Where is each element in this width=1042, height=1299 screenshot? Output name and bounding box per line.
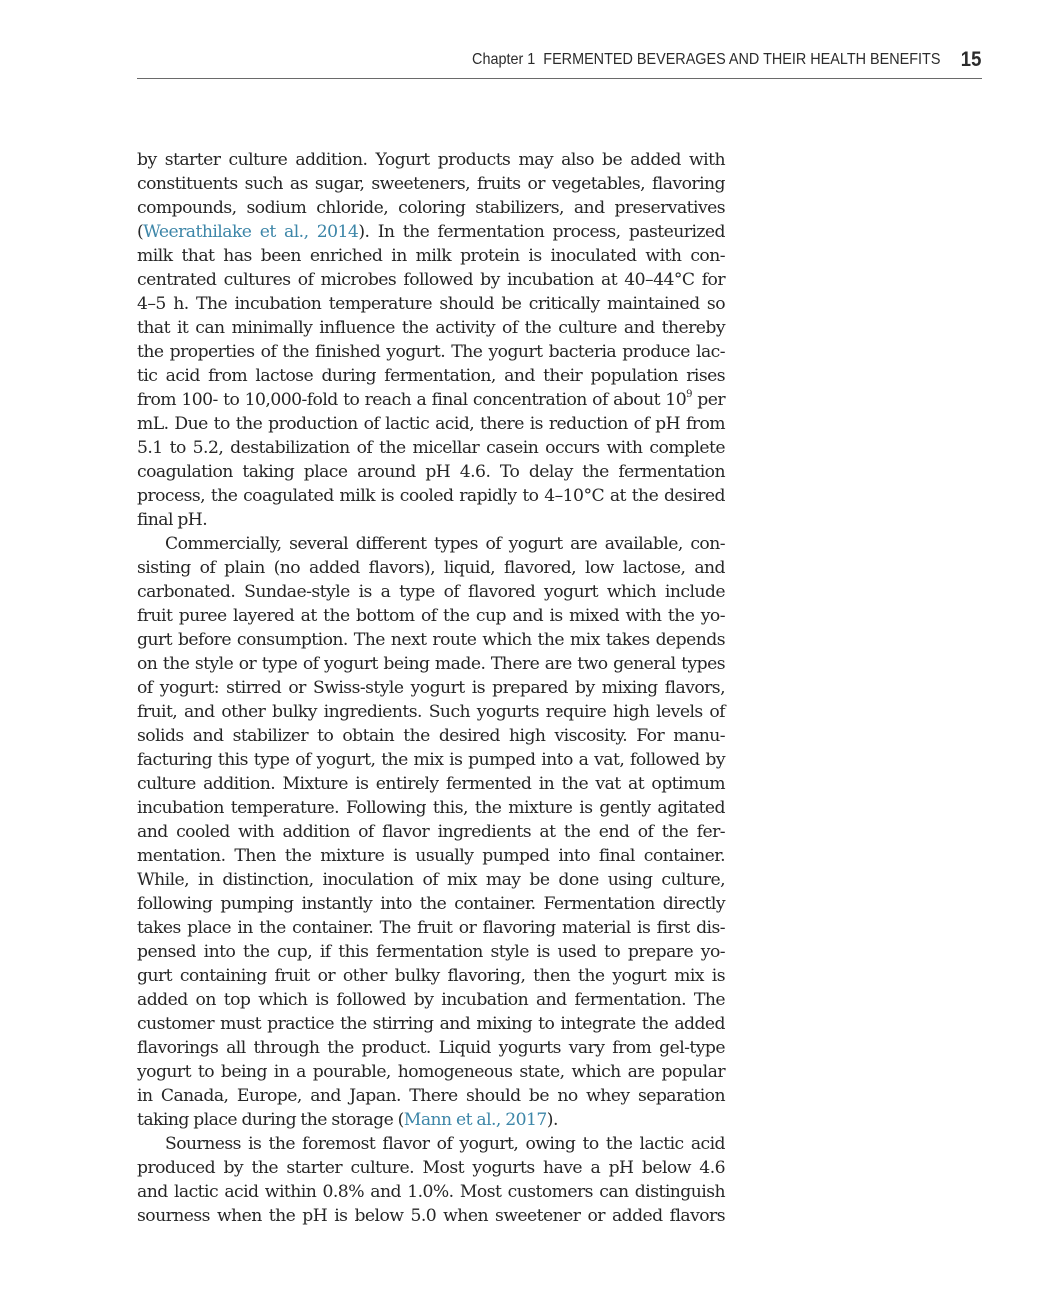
text-run: ). In the fermentation process, pasteuri… — [358, 222, 725, 242]
text-run: gurt before consumption. The next route … — [137, 630, 725, 650]
running-head: Chapter 1 FERMENTED BEVERAGES AND THEIR … — [137, 46, 982, 79]
text-run: mentation. Then the mixture is usually p… — [137, 846, 725, 866]
text-run: ). — [547, 1110, 558, 1130]
text-line: flavorings all through the product. Liqu… — [137, 1036, 725, 1060]
chapter-title: FERMENTED BEVERAGES AND THEIR HEALTH BEN… — [543, 51, 940, 68]
text-line: mentation. Then the mixture is usually p… — [137, 844, 725, 868]
text-line: taking place during the storage (Mann et… — [137, 1108, 725, 1132]
text-line: gurt before consumption. The next route … — [137, 628, 725, 652]
text-line: sourness when the pH is below 5.0 when s… — [137, 1204, 725, 1228]
text-run: Sourness is the foremost flavor of yogur… — [165, 1134, 725, 1154]
text-line: takes place in the container. The fruit … — [137, 916, 725, 940]
text-line: (Weerathilake et al., 2014). In the ferm… — [137, 220, 725, 244]
text-run: facturing this type of yogurt, the mix i… — [137, 750, 725, 770]
text-line: solids and stabilizer to obtain the desi… — [137, 724, 725, 748]
text-line: customer must practice the stirring and … — [137, 1012, 725, 1036]
text-line: constituents such as sugar, sweeteners, … — [137, 172, 725, 196]
text-run: fruit puree layered at the bottom of the… — [137, 606, 725, 626]
text-line: following pumping instantly into the con… — [137, 892, 725, 916]
text-run: mL. Due to the production of lactic acid… — [137, 414, 725, 434]
text-run: carbonated. Sundae-style is a type of fl… — [137, 582, 725, 602]
text-run: on the style or type of yogurt being mad… — [137, 654, 725, 674]
text-line: milk that has been enriched in milk prot… — [137, 244, 725, 268]
text-line: produced by the starter culture. Most yo… — [137, 1156, 725, 1180]
text-line: Sourness is the foremost flavor of yogur… — [137, 1132, 725, 1156]
text-run: taking place during the storage ( — [137, 1110, 404, 1130]
text-line: yogurt to being in a pourable, homogeneo… — [137, 1060, 725, 1084]
text-run: final pH. — [137, 510, 207, 530]
text-run: tic acid from lactose during fermentatio… — [137, 366, 725, 386]
text-line: pensed into the cup, if this fermentatio… — [137, 940, 725, 964]
text-line: mL. Due to the production of lactic acid… — [137, 412, 725, 436]
text-line: final pH. — [137, 508, 725, 532]
text-run: compounds, sodium chloride, coloring sta… — [137, 198, 725, 218]
text-run: that it can minimally influence the acti… — [137, 318, 725, 338]
citation-link[interactable]: Mann et al., 2017 — [404, 1110, 547, 1130]
text-line: While, in distinction, inoculation of mi… — [137, 868, 725, 892]
text-line: added on top which is followed by incuba… — [137, 988, 725, 1012]
text-run: by starter culture addition. Yogurt prod… — [137, 150, 725, 170]
paragraph: by starter culture addition. Yogurt prod… — [137, 148, 725, 532]
text-line: centrated cultures of microbes followed … — [137, 268, 725, 292]
text-line: incubation temperature. Following this, … — [137, 796, 725, 820]
text-run: centrated cultures of microbes followed … — [137, 270, 725, 290]
text-run: per — [692, 390, 725, 410]
text-run: solids and stabilizer to obtain the desi… — [137, 726, 725, 746]
text-run: fruit, and other bulky ingredients. Such… — [137, 702, 725, 722]
text-line: 5.1 to 5.2, destabilization of the micel… — [137, 436, 725, 460]
text-line: fruit, and other bulky ingredients. Such… — [137, 700, 725, 724]
text-line: tic acid from lactose during fermentatio… — [137, 364, 725, 388]
text-run: of yogurt: stirred or Swiss-style yogurt… — [137, 678, 725, 698]
text-line: in Canada, Europe, and Japan. There shou… — [137, 1084, 725, 1108]
text-line: that it can minimally influence the acti… — [137, 316, 725, 340]
text-run: constituents such as sugar, sweeteners, … — [137, 174, 725, 194]
text-run: following pumping instantly into the con… — [137, 894, 725, 914]
text-run: from 100- to 10,000-fold to reach a fina… — [137, 390, 686, 410]
running-head-title: Chapter 1 FERMENTED BEVERAGES AND THEIR … — [472, 51, 940, 69]
text-line: 4–5 h. The incubation temperature should… — [137, 292, 725, 316]
paragraph: Sourness is the foremost flavor of yogur… — [137, 1132, 725, 1228]
page-number: 15 — [960, 48, 981, 72]
text-run: sourness when the pH is below 5.0 when s… — [137, 1206, 725, 1226]
text-run: Commercially, several different types of… — [165, 534, 725, 554]
text-run: the properties of the finished yogurt. T… — [137, 342, 725, 362]
text-run: and lactic acid within 0.8% and 1.0%. Mo… — [137, 1182, 725, 1202]
text-run: flavorings all through the product. Liqu… — [137, 1038, 725, 1058]
text-run: sisting of plain (no added flavors), liq… — [137, 558, 725, 578]
text-run: customer must practice the stirring and … — [137, 1014, 725, 1034]
text-line: on the style or type of yogurt being mad… — [137, 652, 725, 676]
text-line: fruit puree layered at the bottom of the… — [137, 604, 725, 628]
text-line: Commercially, several different types of… — [137, 532, 725, 556]
text-line: process, the coagulated milk is cooled r… — [137, 484, 725, 508]
text-run: process, the coagulated milk is cooled r… — [137, 486, 725, 506]
text-run: culture addition. Mixture is entirely fe… — [137, 774, 725, 794]
text-run: milk that has been enriched in milk prot… — [137, 246, 725, 266]
text-line: sisting of plain (no added flavors), liq… — [137, 556, 725, 580]
text-line: and cooled with addition of flavor ingre… — [137, 820, 725, 844]
text-run: takes place in the container. The fruit … — [137, 918, 725, 938]
text-line: compounds, sodium chloride, coloring sta… — [137, 196, 725, 220]
text-line: carbonated. Sundae-style is a type of fl… — [137, 580, 725, 604]
text-run: and cooled with addition of flavor ingre… — [137, 822, 725, 842]
text-line: coagulation taking place around pH 4.6. … — [137, 460, 725, 484]
text-run: pensed into the cup, if this fermentatio… — [137, 942, 725, 962]
paragraph: Commercially, several different types of… — [137, 532, 725, 1132]
text-run: gurt containing fruit or other bulky fla… — [137, 966, 725, 986]
citation-link[interactable]: Weerathilake et al., 2014 — [143, 222, 358, 242]
text-run: coagulation taking place around pH 4.6. … — [137, 462, 725, 482]
text-run: 4–5 h. The incubation temperature should… — [137, 294, 725, 314]
text-line: culture addition. Mixture is entirely fe… — [137, 772, 725, 796]
text-line: by starter culture addition. Yogurt prod… — [137, 148, 725, 172]
text-line: gurt containing fruit or other bulky fla… — [137, 964, 725, 988]
text-run: 5.1 to 5.2, destabilization of the micel… — [137, 438, 725, 458]
text-line: of yogurt: stirred or Swiss-style yogurt… — [137, 676, 725, 700]
chapter-label: Chapter 1 — [472, 51, 535, 68]
text-run: yogurt to being in a pourable, homogeneo… — [137, 1062, 725, 1082]
text-run: While, in distinction, inoculation of mi… — [137, 870, 725, 890]
text-run: incubation temperature. Following this, … — [137, 798, 725, 818]
text-line: the properties of the finished yogurt. T… — [137, 340, 725, 364]
text-run: produced by the starter culture. Most yo… — [137, 1158, 725, 1178]
text-line: and lactic acid within 0.8% and 1.0%. Mo… — [137, 1180, 725, 1204]
text-run: in Canada, Europe, and Japan. There shou… — [137, 1086, 725, 1106]
text-line: facturing this type of yogurt, the mix i… — [137, 748, 725, 772]
text-line: from 100- to 10,000-fold to reach a fina… — [137, 388, 725, 412]
body-text: by starter culture addition. Yogurt prod… — [137, 148, 725, 1228]
text-run: added on top which is followed by incuba… — [137, 990, 725, 1010]
